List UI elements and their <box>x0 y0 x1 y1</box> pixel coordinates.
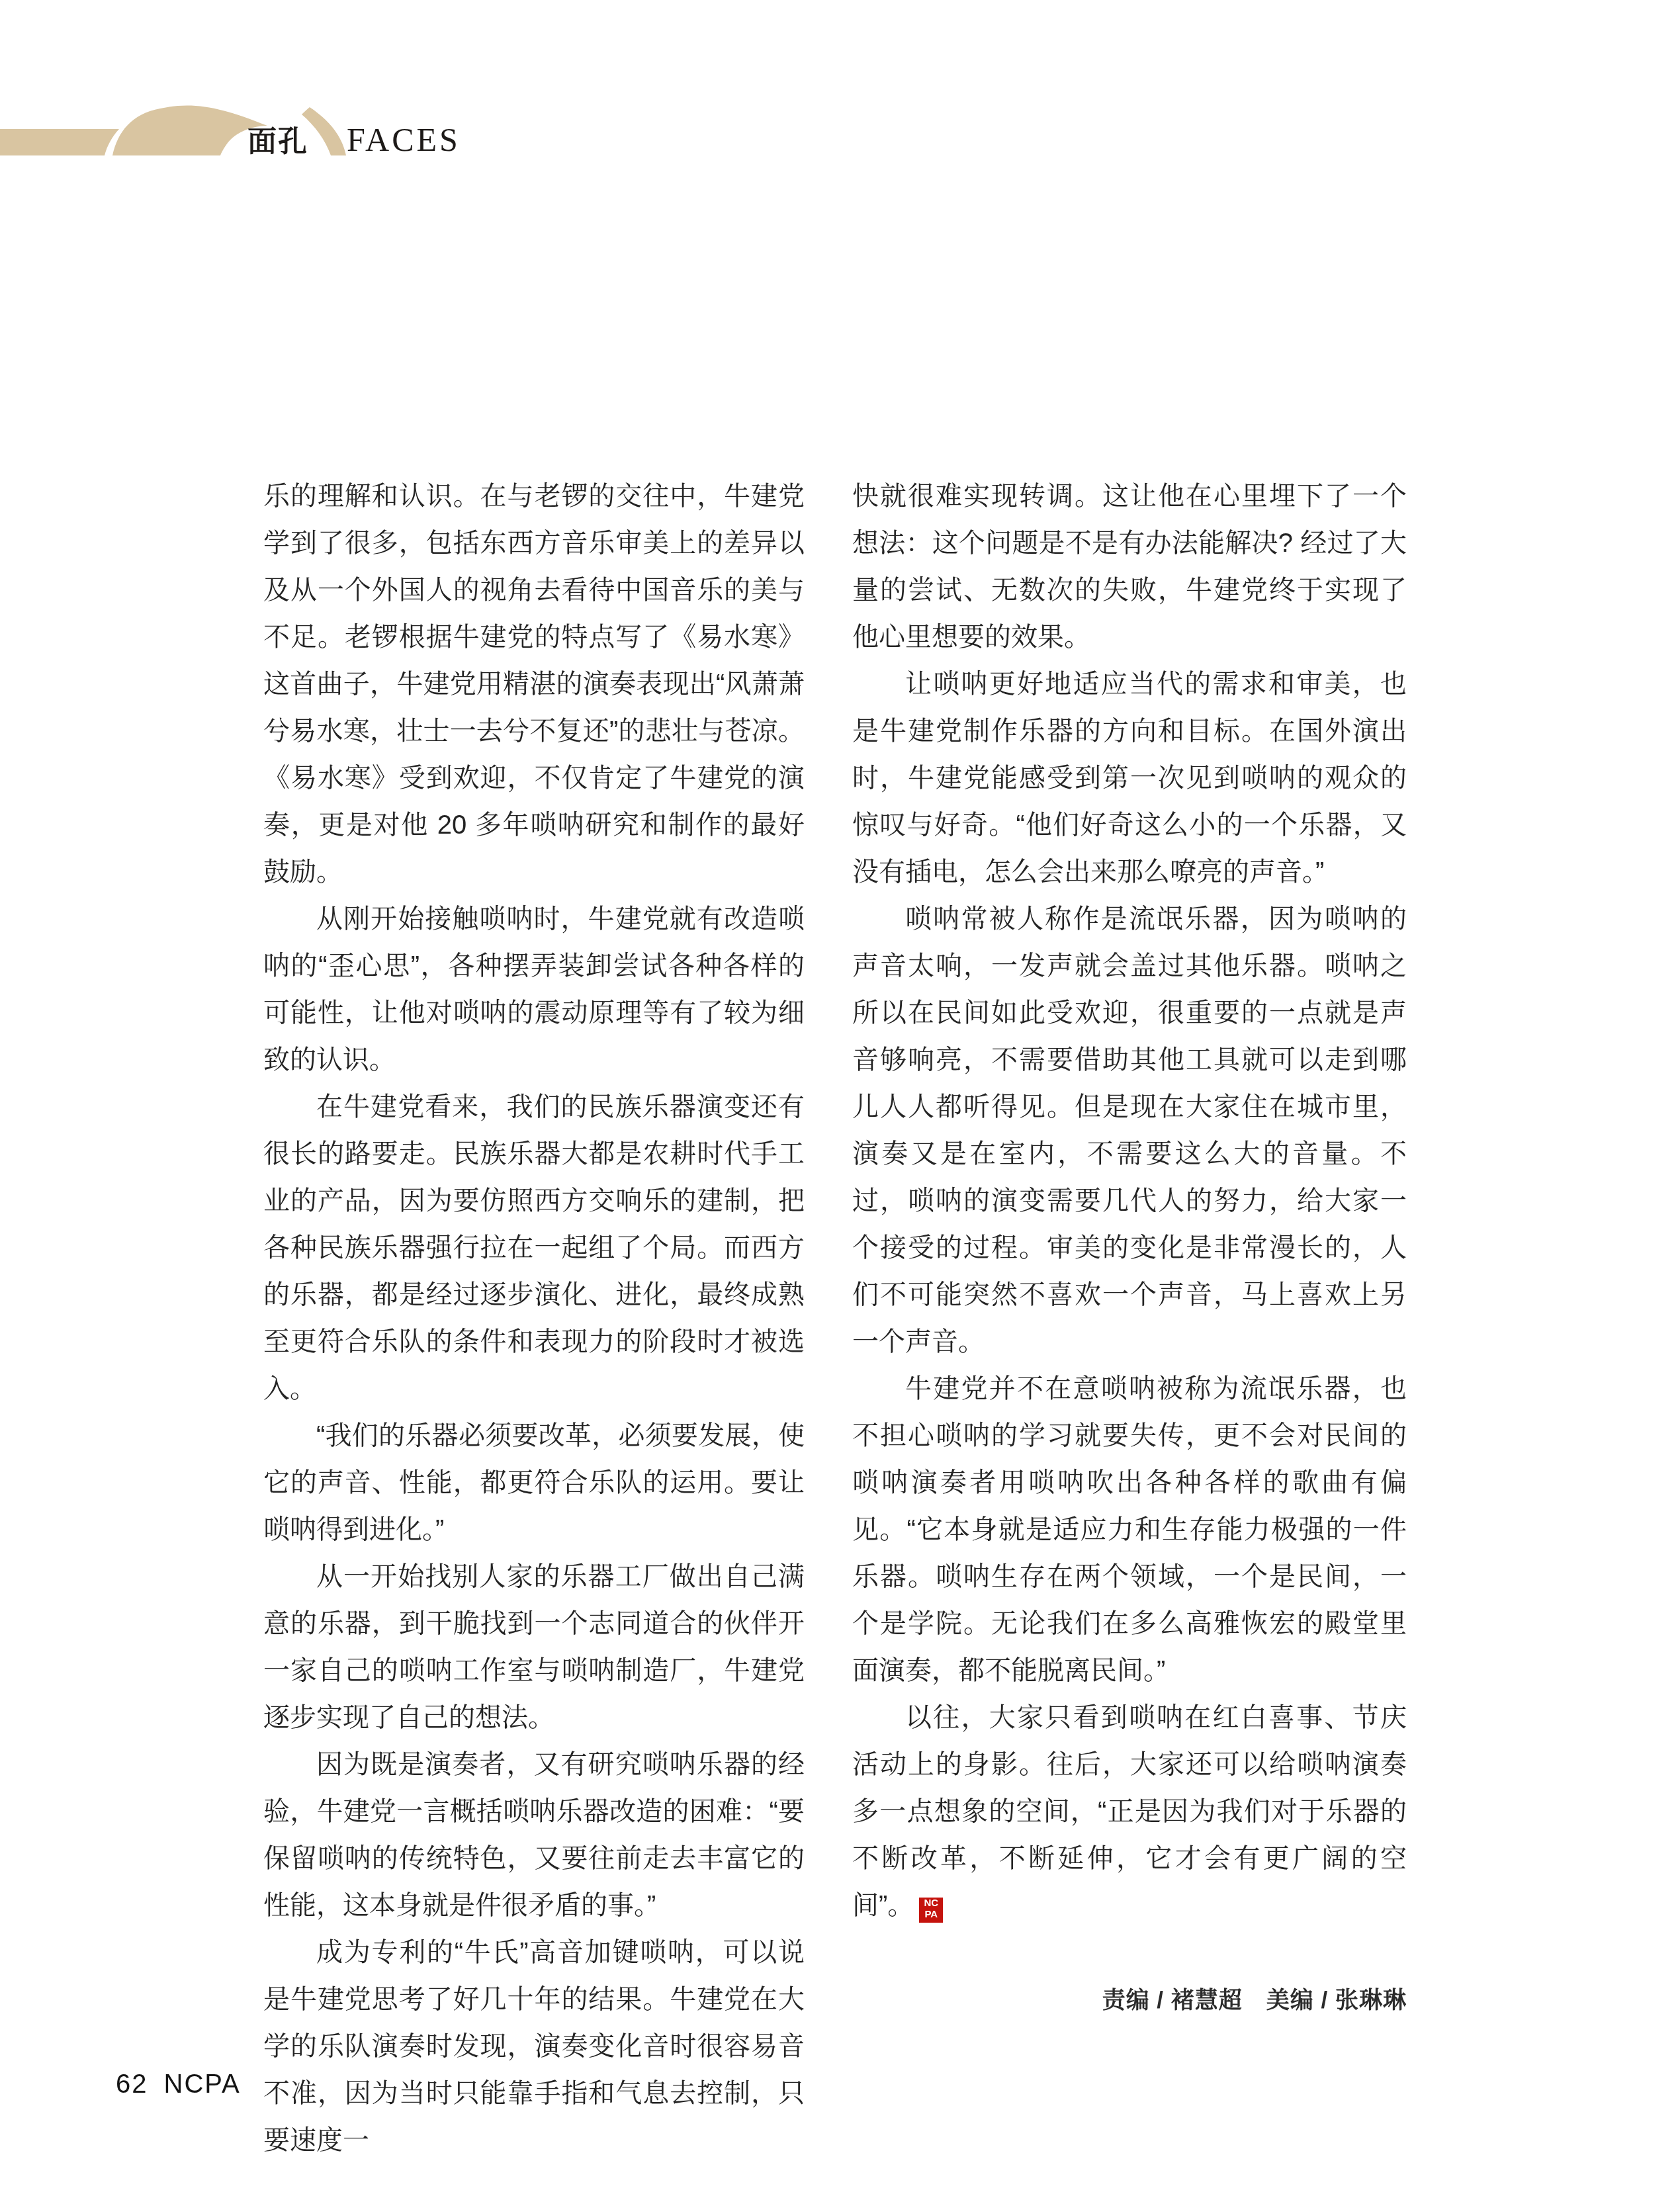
header-crescent-shape <box>302 107 346 155</box>
article-paragraph: 从刚开始接触唢呐时，牛建党就有改造唢呐的“歪心思”，各种摆弄装卸尝试各种各样的可… <box>263 896 805 1084</box>
article-paragraph: 因为既是演奏者，又有研究唢呐乐器的经验，牛建党一言概括唢呐乐器改造的困难：“要保… <box>263 1741 805 1929</box>
article-column-left: 乐的理解和认识。在与老锣的交往中，牛建党学到了很多，包括东西方音乐审美上的差异以… <box>263 473 805 2164</box>
section-title-en: FACES <box>347 123 461 156</box>
footer-brand: NCPA <box>164 2070 241 2099</box>
article-paragraph: 乐的理解和认识。在与老锣的交往中，牛建党学到了很多，包括东西方音乐审美上的差异以… <box>263 473 805 896</box>
article-paragraph: 让唢呐更好地适应当代的需求和审美，也是牛建党制作乐器的方向和目标。在国外演出时，… <box>852 661 1407 896</box>
ncpa-end-mark: NCPA <box>919 1898 943 1923</box>
magazine-page: 面孔 FACES 乐的理解和认识。在与老锣的交往中，牛建党学到了很多，包括东西方… <box>0 0 1680 2188</box>
editor-credit-line: 责编 / 褚慧超 美编 / 张琳琳 <box>852 1982 1407 2015</box>
article-paragraph: 牛建党并不在意唢呐被称为流氓乐器，也不担心唢呐的学习就要失传，更不会对民间的唢呐… <box>852 1366 1407 1694</box>
section-title-zh: 面孔 <box>247 128 308 157</box>
header-wave-shape <box>112 105 267 155</box>
footer-page-number: 62 <box>116 2070 148 2099</box>
article-paragraph: 成为专利的“牛氏”高音加键唢呐，可以说是牛建党思考了好几十年的结果。牛建党在大学… <box>263 1929 805 2164</box>
article-paragraph: 从一开始找别人家的乐器工厂做出自己满意的乐器，到干脆找到一个志同道合的伙伴开一家… <box>263 1553 805 1741</box>
header-bar-shape <box>0 129 119 155</box>
article-paragraph: 在牛建党看来，我们的民族乐器演变还有很长的路要走。民族乐器大都是农耕时代手工业的… <box>263 1084 805 1413</box>
article-column-right: 快就很难实现转调。这让他在心里埋下了一个想法：这个问题是不是有办法能解决? 经过… <box>852 473 1407 1929</box>
article-paragraph: 快就很难实现转调。这让他在心里埋下了一个想法：这个问题是不是有办法能解决? 经过… <box>852 473 1407 661</box>
article-paragraph: 以往，大家只看到唢呐在红白喜事、节庆活动上的身影。往后，大家还可以给唢呐演奏多一… <box>852 1694 1407 1929</box>
article-paragraph: 唢呐常被人称作是流氓乐器，因为唢呐的声音太响，一发声就会盖过其他乐器。唢呐之所以… <box>852 896 1407 1366</box>
article-paragraph: “我们的乐器必须要改革，必须要发展，使它的声音、性能，都更符合乐队的运用。要让唢… <box>263 1413 805 1553</box>
page-footer: 62NCPA <box>116 2070 241 2099</box>
